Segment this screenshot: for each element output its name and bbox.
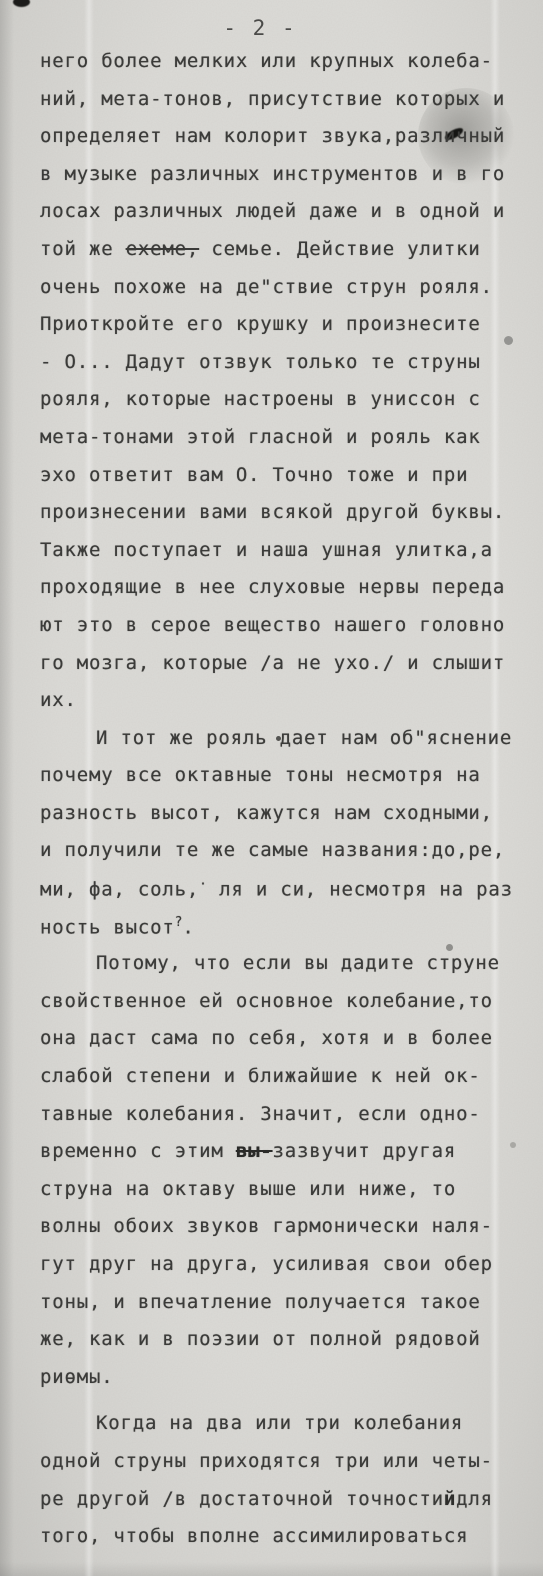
page-number: - 2 - bbox=[0, 16, 520, 40]
text-segment: эхо ответит вам О. Точно тоже и при bbox=[40, 464, 468, 486]
text-segment: мета-тонами этой гласной и рояль как bbox=[40, 426, 481, 448]
text-segment: свойственное ей основное колебание,то bbox=[40, 990, 493, 1012]
text-line: него более мелких или крупных колеба- bbox=[40, 50, 516, 88]
text-line: одной струны приходятся три или четы- bbox=[40, 1450, 516, 1488]
text-line: Когда на два или три колебания bbox=[40, 1412, 516, 1450]
text-line: же, как и в поэзии от полной рядовой bbox=[40, 1328, 516, 1366]
page-bottom-edge-shadow bbox=[0, 1562, 543, 1576]
ink-blot-top-left bbox=[13, 0, 30, 7]
text-line: тоны, и впечатление получается такое bbox=[40, 1291, 516, 1329]
text-segment: лосах различных людей даже и в одной и bbox=[40, 200, 505, 222]
text-segment: ля и си, несмотря на раз bbox=[207, 878, 513, 900]
text-line: гут друг на друга, усиливая свои обер bbox=[40, 1253, 516, 1291]
text-line: тавные колебания. Значит, если одно- bbox=[40, 1103, 516, 1141]
text-line: ре другой /в достаточной точностийдля bbox=[40, 1488, 516, 1526]
text-line: ний, мета-тонов, присутствие которых и bbox=[40, 88, 516, 126]
text-line: Также поступает и наша ушная улитка,а bbox=[40, 539, 516, 577]
text-line: эхо ответит вам О. Точно тоже и при bbox=[40, 464, 516, 502]
text-segment-strike: ехеме, bbox=[126, 238, 199, 260]
text-segment: него более мелких или крупных колеба- bbox=[40, 50, 493, 72]
text-segment: проходящие в нее слуховые нервы переда bbox=[40, 576, 505, 598]
text-segment-boldstrike: вы- bbox=[236, 1140, 273, 1162]
text-segment: го мозга, которые /а не ухо./ и слышит bbox=[40, 652, 505, 674]
text-line: свойственное ей основное колебание,то bbox=[40, 990, 516, 1028]
text-segment: ре другой /в достаточной точности bbox=[40, 1488, 444, 1510]
text-segment: волны обоих звуков гармонически наля- bbox=[40, 1215, 493, 1237]
text-line: Потому, что если вы дадите струне bbox=[40, 952, 516, 990]
text-line: произнесении вами всякой другой буквы. bbox=[40, 501, 516, 539]
text-segment: тавные колебания. Значит, если одно- bbox=[40, 1103, 481, 1125]
text-line: их. bbox=[40, 689, 516, 727]
text-line: - О... Дадут отзвук только те струны bbox=[40, 351, 516, 389]
text-segment: ют это в серое вещество нашего головно bbox=[40, 614, 505, 636]
text-line: временно с этим вы-зазвучит другая bbox=[40, 1140, 516, 1178]
text-segment: - О... Дадут отзвук только те струны bbox=[40, 351, 481, 373]
text-segment: риѳмы. bbox=[40, 1366, 113, 1388]
text-line: ми, фа, соль,· ля и си, несмотря на раз bbox=[40, 877, 516, 915]
text-segment: Также поступает и наша ушная улитка,а bbox=[40, 539, 493, 561]
text-segment: она даст сама по себя, хотя и в более bbox=[40, 1027, 493, 1049]
text-segment: Приоткройте его крушку и произнесите bbox=[40, 313, 481, 335]
text-segment: слабой степени и ближайшие к ней ок- bbox=[40, 1065, 481, 1087]
text-segment: семье. Действие улитки bbox=[199, 238, 481, 260]
text-line: го мозга, которые /а не ухо./ и слышит bbox=[40, 652, 516, 690]
text-segment: временно с этим bbox=[40, 1140, 236, 1162]
page-text: него более мелких или крупных колеба-ний… bbox=[40, 50, 516, 1563]
text-segment: их. bbox=[40, 689, 77, 711]
text-line: и получили те же самые названия:до,ре, bbox=[40, 839, 516, 877]
text-line: той же ехеме, семье. Действие улитки bbox=[40, 238, 516, 276]
text-line: определяет нам колорит звука,различный bbox=[40, 125, 516, 163]
text-line: И тот же рояль дает нам об"яснение bbox=[40, 727, 516, 765]
text-segment: ний, мета-тонов, присутствие которых и bbox=[40, 88, 505, 110]
text-segment: тоны, и впечатление получается такое bbox=[40, 1291, 481, 1313]
text-segment: почему все октавные тоны несмотря на bbox=[40, 764, 481, 786]
text-segment: струна на октаву выше или ниже, то bbox=[40, 1178, 456, 1200]
text-segment: одной струны приходятся три или четы- bbox=[40, 1450, 493, 1472]
text-segment: И тот же рояль дает нам об"яснение bbox=[96, 727, 512, 749]
text-line: слабой степени и ближайшие к ней ок- bbox=[40, 1065, 516, 1103]
text-line: риѳмы. bbox=[40, 1366, 516, 1404]
text-segment: . bbox=[182, 916, 194, 938]
text-line: ность высот?. bbox=[40, 915, 516, 953]
page-left-edge-shadow bbox=[0, 0, 14, 1576]
text-line: рояля, которые настроены в униссон с bbox=[40, 388, 516, 426]
text-segment: рояля, которые настроены в униссон с bbox=[40, 388, 481, 410]
text-segment: для bbox=[456, 1488, 493, 1510]
scanned-typewritten-page: - 2 - него более мелких или крупных коле… bbox=[0, 0, 543, 1576]
text-segment: Потому, что если вы дадите струне bbox=[96, 952, 500, 974]
text-line: Приоткройте его крушку и произнесите bbox=[40, 313, 516, 351]
text-line: разность высот, кажутся нам сходными, bbox=[40, 802, 516, 840]
text-segment-sup: · bbox=[199, 877, 207, 892]
text-segment: же, как и в поэзии от полной рядовой bbox=[40, 1328, 481, 1350]
text-line: мета-тонами этой гласной и рояль как bbox=[40, 426, 516, 464]
text-segment: и получили те же самые названия:до,ре, bbox=[40, 839, 505, 861]
text-segment: определяет нам колорит звука,различный bbox=[40, 125, 505, 147]
text-segment: той же bbox=[40, 238, 126, 260]
text-segment: очень похоже на де"ствие струн рояля. bbox=[40, 276, 493, 298]
text-line: того, чтобы вполне ассимилироваться bbox=[40, 1525, 516, 1563]
text-segment: того, чтобы вполне ассимилироваться bbox=[40, 1525, 468, 1547]
text-line: лосах различных людей даже и в одной и bbox=[40, 200, 516, 238]
text-segment: Когда на два или три колебания bbox=[96, 1412, 463, 1434]
text-segment-overtype: й bbox=[444, 1488, 456, 1510]
text-segment: ми, фа, соль, bbox=[40, 878, 199, 900]
text-segment: гут друг на друга, усиливая свои обер bbox=[40, 1253, 493, 1275]
text-line: проходящие в нее слуховые нервы переда bbox=[40, 576, 516, 614]
text-line: очень похоже на де"ствие струн рояля. bbox=[40, 276, 516, 314]
text-segment: ность высот bbox=[40, 916, 175, 938]
text-line: в музыке различных инструментов и в го bbox=[40, 163, 516, 201]
text-segment: в музыке различных инструментов и в го bbox=[40, 163, 505, 185]
text-segment: разность высот, кажутся нам сходными, bbox=[40, 802, 493, 824]
text-segment: зазвучит другая bbox=[273, 1140, 457, 1162]
text-line: она даст сама по себя, хотя и в более bbox=[40, 1027, 516, 1065]
text-line: струна на октаву выше или ниже, то bbox=[40, 1178, 516, 1216]
text-line: волны обоих звуков гармонически наля- bbox=[40, 1215, 516, 1253]
text-segment: произнесении вами всякой другой буквы. bbox=[40, 501, 505, 523]
text-line: ют это в серое вещество нашего головно bbox=[40, 614, 516, 652]
text-line: почему все октавные тоны несмотря на bbox=[40, 764, 516, 802]
